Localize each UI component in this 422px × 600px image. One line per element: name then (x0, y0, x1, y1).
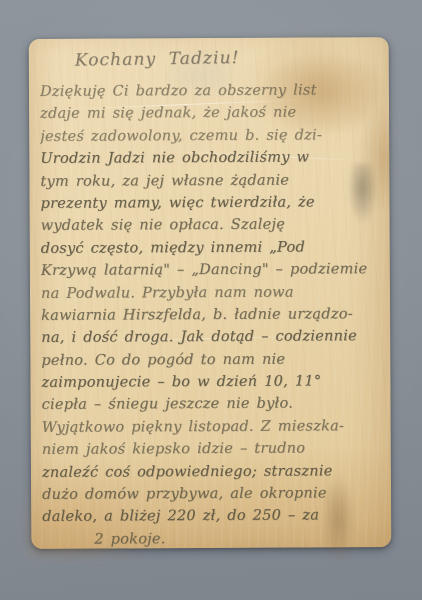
letter-salutation: Kochany Tadziu! (75, 48, 240, 71)
letter-line: Urodzin Jadzi nie obchodziliśmy w (40, 146, 384, 170)
letter-line: Wyjątkowo piękny listopad. Z mieszka- (42, 415, 386, 439)
letter-line: Dziękuję Ci bardzo za obszerny list (40, 79, 384, 103)
letter-line: wydatek się nie opłaca. Szaleję (41, 213, 385, 237)
letter-paper: Kochany Tadziu! Dziękuję Ci bardzo za ob… (29, 37, 392, 549)
letter-line: Krzywą latarnią" – „Dancing" – podziemie (41, 258, 385, 282)
letter-line: kawiarnia Hirszfelda, b. ładnie urządzo- (41, 303, 385, 327)
letter-line: tym roku, za jej własne żądanie (40, 169, 384, 193)
letter-line: 2 pokoje. (42, 527, 386, 551)
letter-line: znaleźć coś odpowiedniego; strasznie (42, 460, 386, 484)
letter-line: ciepła – śniegu jeszcze nie było. (42, 393, 386, 417)
letter-line: na Podwalu. Przybyła nam nowa (41, 281, 385, 305)
letter-line: zaimponujecie – bo w dzień 10, 11° (41, 370, 385, 394)
letter-line: na, i dość droga. Jak dotąd – codziennie (41, 325, 385, 349)
letter-line: prezenty mamy, więc twierdziła, że (40, 191, 384, 215)
letter-line: zdaje mi się jednak, że jakoś nie (40, 101, 384, 125)
letter-line: dużo domów przybywa, ale okropnie (42, 482, 386, 506)
letter-line: jesteś zadowolony, czemu b. się dzi- (40, 124, 384, 148)
letter-line: dosyć często, między innemi „Pod (41, 236, 385, 260)
letter-line: pełno. Co do pogód to nam nie (41, 348, 385, 372)
letter-line: daleko, a bliżej 220 zł, do 250 – za (42, 505, 386, 529)
letter-line: niem jakoś kiepsko idzie – trudno (42, 437, 386, 461)
letter-body: Dziękuję Ci bardzo za obszerny listzdaje… (40, 79, 386, 551)
photo-backdrop: { "photo": { "backdrop_color": "#868d95"… (0, 0, 422, 600)
